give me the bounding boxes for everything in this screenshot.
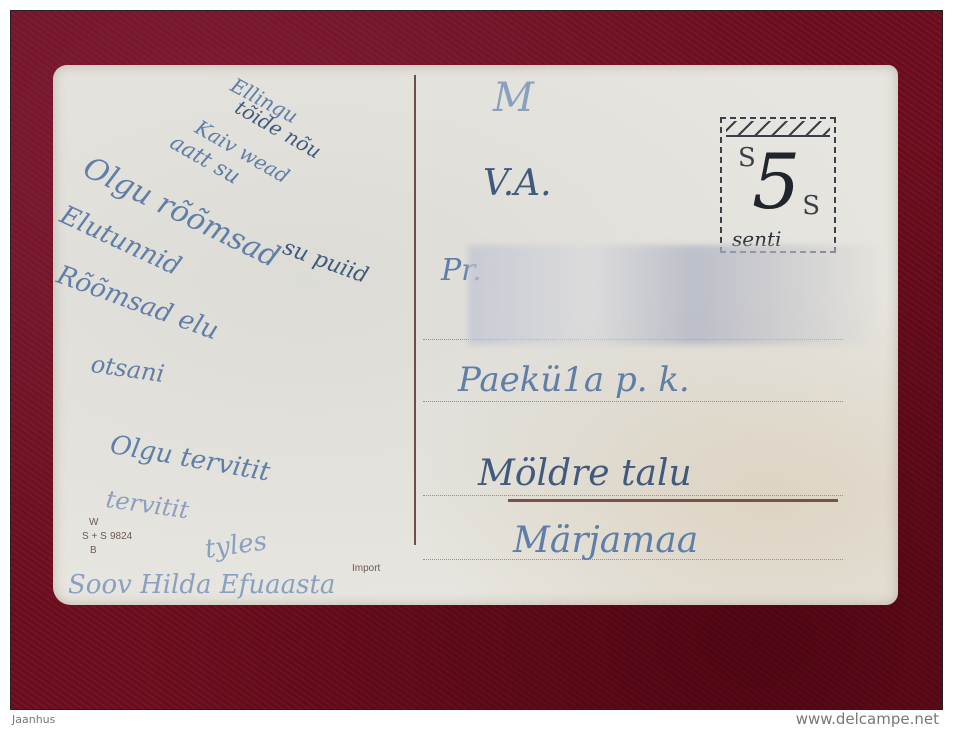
address-dotted-line: [423, 401, 843, 402]
message-line: tervitit: [104, 485, 191, 524]
photographer-credit: Jaanhus: [12, 713, 55, 726]
address-line-3: Paekü1a p. k.: [458, 360, 690, 400]
publisher-mark-bottom: B: [90, 545, 97, 556]
message-line: tyles: [203, 526, 269, 564]
address-underline: [508, 499, 838, 502]
message-signature: Soov Hilda Efuaasta: [68, 570, 335, 600]
stamp-box: S 5 S senti: [720, 117, 836, 253]
stamp-value: 5: [752, 137, 800, 226]
stamp-zigzag-border: [726, 121, 830, 137]
postcard: S 5 S senti M V.A. Pr. Paekü1a p. k. Möl…: [53, 65, 898, 605]
address-dotted-line: [423, 495, 843, 496]
import-label: Import: [352, 563, 380, 574]
address-line-4: Möldre talu: [478, 453, 692, 494]
message-line: otsani: [89, 350, 166, 388]
message-line: Rõõmsad elu: [53, 260, 223, 346]
address-prefix: V.A.: [483, 163, 552, 204]
message-line: su puiid: [279, 235, 371, 289]
stamp-letter: S: [802, 191, 820, 221]
address-line-5: Märjamaa: [513, 520, 698, 561]
message-line: Olgu tervitit: [108, 430, 273, 488]
postcard-divider: [414, 75, 416, 545]
publisher-mark-middle: S + S: [82, 531, 107, 542]
series-number: 9824: [110, 531, 132, 542]
site-watermark: www.delcampe.net: [796, 710, 939, 728]
redacted-name: [468, 245, 878, 345]
corner-mark: M: [493, 75, 534, 121]
publisher-mark-top: W: [89, 517, 98, 528]
